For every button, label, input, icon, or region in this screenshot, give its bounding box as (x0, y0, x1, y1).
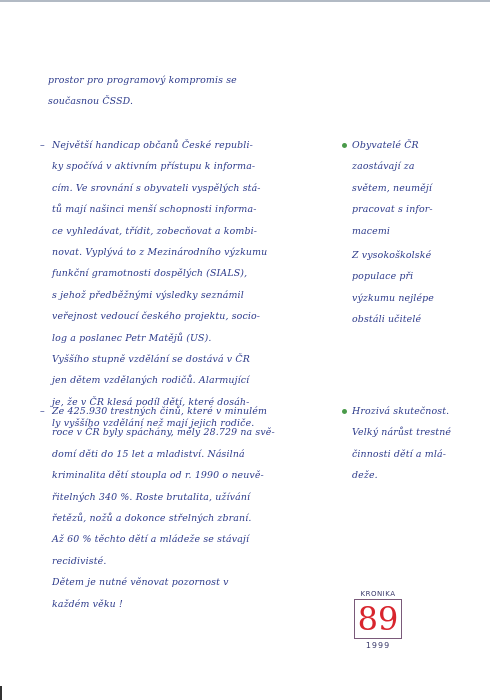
text-line: zaostávají za (342, 156, 482, 177)
text-line: kriminalita dětí stoupla od r. 1990 o ne… (40, 465, 340, 486)
scan-edge-mark (0, 686, 2, 700)
text-line: řetězů, nožů a dokonce střelných zbraní. (40, 508, 340, 529)
section-1-margin-note-2: Z vysokoškolské populace při výzkumu nej… (342, 245, 482, 331)
text-line: novat. Vyplývá to z Mezinárodního výzkum… (40, 242, 340, 263)
text-line: Hrozivá skutečnost. (342, 401, 482, 422)
text-line: –Ze 425.930 trestných činů, které v minu… (40, 401, 340, 422)
text-line: veřejnost vedoucí českého projektu, soci… (40, 306, 340, 327)
text-line: Vyššího stupně vzdělání se dostává v ČR (40, 349, 340, 370)
section-2-main-text: –Ze 425.930 trestných činů, které v minu… (40, 401, 340, 615)
text-line: ky spočívá v aktivním přístupu k informa… (40, 156, 340, 177)
bullet-dot-icon (342, 409, 347, 414)
text-line: ce vyhledávat, třídit, zobecňovat a komb… (40, 221, 340, 242)
text-line: populace při (342, 266, 482, 287)
intro-paragraph: prostor pro programový kompromis se souč… (48, 70, 237, 113)
text-line: jen dětem vzdělaných rodičů. Alarmující (40, 370, 340, 391)
text-line: řitelných 340 %. Roste brutalita, užíván… (40, 487, 340, 508)
text-line: Obyvatelé ČR (342, 135, 482, 156)
text-line: funkční gramotnosti dospělých (SIALS), (40, 263, 340, 284)
text-line: recidivisté. (40, 551, 340, 572)
text-line: cím. Ve srovnání s obyvateli vyspělých s… (40, 178, 340, 199)
text-line: výzkumu nejlépe (342, 288, 482, 309)
text-line: pracovat s infor- (342, 199, 482, 220)
section-1-main-text: –Největší handicap občanů České republi-… (40, 135, 340, 435)
dash-marker: – (40, 401, 52, 422)
text-line: Z vysokoškolské (342, 245, 482, 266)
stamp-box: 89 (354, 599, 402, 639)
text-line: současnou ČSSD. (48, 91, 237, 112)
text-line: macemi (342, 221, 482, 242)
text-line: Dětem je nutné věnovat pozornost v (40, 572, 340, 593)
text-line: log a poslanec Petr Matějů (US). (40, 328, 340, 349)
text-line: obstáli učitelé (342, 309, 482, 330)
text-line: –Největší handicap občanů České republi- (40, 135, 340, 156)
chronicle-page: prostor pro programový kompromis se souč… (0, 0, 490, 700)
stamp-year: 1999 (348, 641, 408, 650)
stamp-label: KRONIKA (348, 590, 408, 598)
text-line: domí děti do 15 let a mladiství. Násilná (40, 444, 340, 465)
text-line: tů mají našinci menší schopnosti informa… (40, 199, 340, 220)
section-1-margin-note-1: Obyvatelé ČR zaostávají za světem, neumě… (342, 135, 482, 242)
bullet-dot-icon (342, 143, 347, 148)
dash-marker: – (40, 135, 52, 156)
page-number: 89 (358, 603, 399, 635)
text-line: činnosti dětí a mlá- (342, 444, 482, 465)
text-line: roce v ČR byly spáchány, měly 28.729 na … (40, 422, 340, 443)
text-line: světem, neumějí (342, 178, 482, 199)
text-line: každém věku ! (40, 594, 340, 615)
text-line: prostor pro programový kompromis se (48, 70, 237, 91)
text-line: s jehož předběžnými výsledky seznámil (40, 285, 340, 306)
section-2-margin-note: Hrozivá skutečnost. Velký nárůst trestné… (342, 401, 482, 487)
text-line: deže. (342, 465, 482, 486)
text-line: Velký nárůst trestné (342, 422, 482, 443)
text-line: Až 60 % těchto dětí a mládeže se stávají (40, 529, 340, 550)
chronicle-page-stamp: KRONIKA 89 1999 (348, 590, 408, 650)
